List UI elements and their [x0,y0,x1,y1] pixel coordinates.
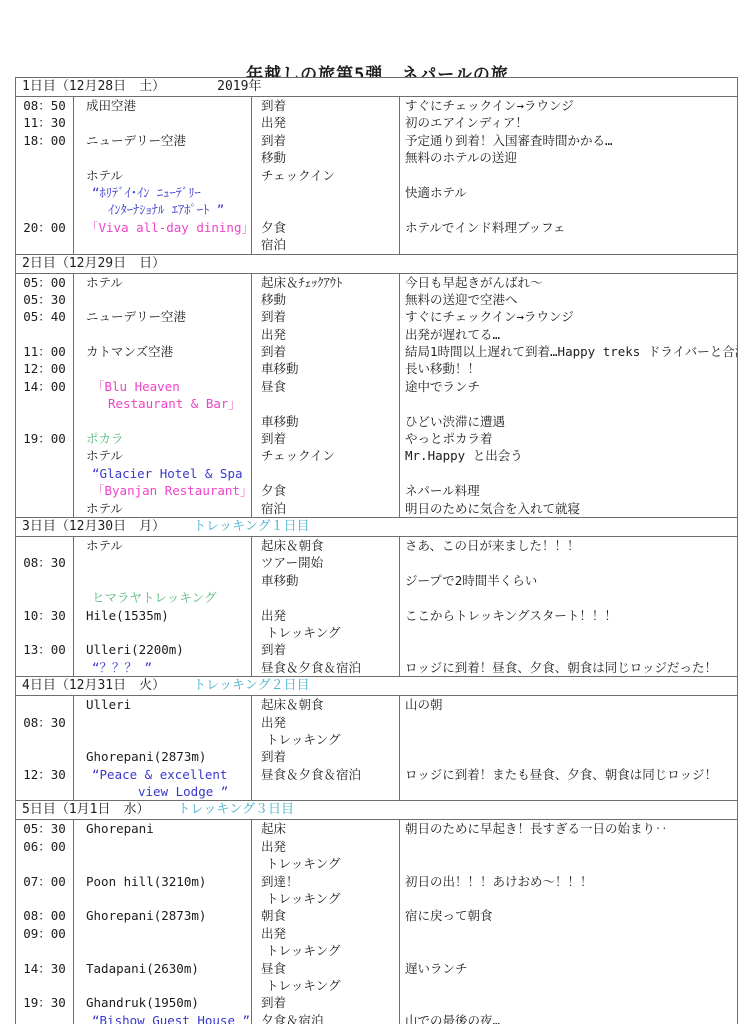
location-text: 「Viva all-day dining」 [86,220,252,235]
action-cell: 朝食 [252,907,400,924]
location-cell [74,942,252,959]
location-text: Ghorepani(2873m) [86,749,206,764]
day-4-body: Ulleri起床＆朝食山の朝08：30出発トレッキングGhorepani(287… [15,695,738,801]
action-cell: 到着 [252,641,400,658]
table-row: “Bishow Guest House ”夕食＆宿泊山での最後の夜… [16,1012,737,1024]
action-text: 起床＆ﾁｪｯｸｱｳﾄ [261,275,342,290]
action-text: 出発 [261,926,286,941]
action-cell: トレッキング [252,855,400,872]
time-cell [16,977,74,994]
time-cell: 12：30 [16,766,74,783]
table-row: 13：00Ulleri(2200m)到着 [16,641,737,658]
location-cell: Ghorepani(2873m) [74,907,252,924]
time-cell [16,236,74,253]
action-cell: 到着 [252,994,400,1011]
action-text: トレッキング [266,943,341,958]
location-cell: Ghandruk(1950m) [74,994,252,1011]
day-3-header: 3日目（12月30日 月）トレッキング１日目 [15,517,738,537]
table-row: “Glacier Hotel & Spa ” [16,465,737,482]
table-row: 11：00カトマンズ空港到着結局1時間以上遅れて到着…Happy treks ド… [16,343,737,360]
time-cell: 08：50 [16,97,74,114]
day-header-label: 4日目（12月31日 火） [22,678,165,693]
action-text: 夕食 [261,220,286,235]
table-row: ホテルチェックインMr.Happy と出会う [16,447,737,464]
action-cell [252,589,400,606]
location-cell: ポカラ [74,430,252,447]
location-text: “ﾎﾘﾃﾞｲ･ｲﾝ ﾆｭｰﾃﾞﾘｰ [92,185,201,200]
note-cell: 途中でランチ [400,378,737,395]
table-row: “ﾎﾘﾃﾞｲ･ｲﾝ ﾆｭｰﾃﾞﾘｰ快適ホテル [16,184,737,201]
location-cell: Restaurant & Bar」 [74,395,252,412]
action-cell: 到達！ [252,873,400,890]
location-cell: ｲﾝﾀｰﾅｼｮﾅﾙ ｴｱﾎﾟｰﾄ ” [74,201,252,218]
note-cell: 無料の送迎で空港へ [400,291,737,308]
itinerary-table: 1日目（12月28日 土）2019年08：50成田空港到着すぐにチェックイン→ラ… [15,78,738,1024]
note-cell: 予定通り到着！入国審査時間かかる… [400,132,737,149]
table-row: トレッキング [16,624,737,641]
action-text: チェックイン [261,168,335,183]
time-cell: 07：00 [16,873,74,890]
location-cell: ニューデリー空港 [74,132,252,149]
time-cell [16,537,74,554]
note-cell [400,855,737,872]
action-cell: 出発 [252,838,400,855]
table-row: 05：40ニューデリー空港到着すぐにチェックイン→ラウンジ [16,308,737,325]
time-cell [16,572,74,589]
action-cell [252,201,400,218]
location-cell [74,977,252,994]
location-cell: Ulleri(2200m) [74,641,252,658]
location-cell: “Glacier Hotel & Spa ” [74,465,252,482]
action-text: 車移動 [261,414,299,429]
action-cell: 昼食＆夕食＆宿泊 [252,766,400,783]
time-cell [16,326,74,343]
action-cell: 出発 [252,114,400,131]
action-cell: トレッキング [252,977,400,994]
action-cell: 昼食 [252,960,400,977]
itinerary-page: 年越しの旅第5弾 ネパールの旅 ～未知の世界ヒマラヤへ踏み込め～ 1日目（12月… [0,0,755,1024]
action-text: 昼食 [261,961,286,976]
location-cell [74,572,252,589]
time-cell: 08：30 [16,714,74,731]
table-row: 18：00ニューデリー空港到着予定通り到着！入国審査時間かかる… [16,132,737,149]
time-cell: 14：30 [16,960,74,977]
table-row: view Lodge ” [16,783,737,800]
time-cell: 13：00 [16,641,74,658]
note-cell [400,201,737,218]
action-cell: 到着 [252,97,400,114]
note-cell: ひどい渋滞に遭遇 [400,413,737,430]
day-3-body: ホテル起床＆朝食さあ、この日が来ました！！！08：30ツアー開始車移動ジープで2… [15,536,738,677]
location-cell: Ghorepani [74,820,252,837]
location-cell: 「Byanjan Restaurant」 [74,482,252,499]
day-header-label: 3日目（12月30日 月） [22,519,165,534]
action-cell: 昼食 [252,378,400,395]
note-cell [400,994,737,1011]
note-cell: 長い移動！！ [400,360,737,377]
day-1-body: 08：50成田空港到着すぐにチェックイン→ラウンジ11：30出発初のエアインディ… [15,96,738,255]
time-cell: 19：00 [16,430,74,447]
day-header-subtitle: トレッキング１日目 [193,518,309,536]
location-cell: “ﾎﾘﾃﾞｲ･ｲﾝ ﾆｭｰﾃﾞﾘｰ [74,184,252,201]
location-text: Poon hill(3210m) [86,874,206,889]
location-text: Ulleri(2200m) [86,642,184,657]
location-cell: “？？？ ” [74,659,252,676]
location-cell [74,413,252,430]
action-cell: 起床＆ﾁｪｯｸｱｳﾄ [252,274,400,291]
table-row: 05：00ホテル起床＆ﾁｪｯｸｱｳﾄ今日も早起きがんばれ～ [16,274,737,291]
table-row: 08：00Ghorepani(2873m)朝食宿に戻って朝食 [16,907,737,924]
action-cell: トレッキング [252,731,400,748]
note-cell: すぐにチェックイン→ラウンジ [400,97,737,114]
table-row: 「Byanjan Restaurant」夕食ネパール料理 [16,482,737,499]
table-row: 車移動ひどい渋滞に遭遇 [16,413,737,430]
table-row: Ulleri起床＆朝食山の朝 [16,696,737,713]
note-cell: 山での最後の夜… [400,1012,737,1024]
location-cell: ニューデリー空港 [74,308,252,325]
location-cell: Hile(1535m) [74,607,252,624]
action-cell: 夕食＆宿泊 [252,1012,400,1024]
time-cell: 20：00 [16,219,74,236]
note-cell: 明日のために気合を入れて就寝 [400,500,737,517]
note-cell: ホテルでインド料理ブッフェ [400,219,737,236]
action-cell [252,395,400,412]
table-row: 出発出発が遅れてる… [16,326,737,343]
table-row: 14：30Tadapani(2630m)昼食遅いランチ [16,960,737,977]
table-row: ｲﾝﾀｰﾅｼｮﾅﾙ ｴｱﾎﾟｰﾄ ” [16,201,737,218]
action-text: 宿泊 [261,501,286,516]
time-cell [16,731,74,748]
location-text: “Bishow Guest House ” [92,1013,250,1024]
action-text: 到着 [261,642,286,657]
time-cell: 12：00 [16,360,74,377]
location-text: ホテル [86,538,123,553]
location-text: view Lodge ” [138,784,228,799]
time-cell [16,184,74,201]
day-5-header: 5日目（1月1日 水）トレッキング３日目 [15,800,738,820]
location-text: Tadapani(2630m) [86,961,199,976]
action-cell: 出発 [252,925,400,942]
location-text: ホテル [86,168,123,183]
time-cell: 08：00 [16,907,74,924]
note-cell: ジープで2時間半くらい [400,572,737,589]
action-cell [252,783,400,800]
location-cell [74,236,252,253]
table-row: ホテルチェックイン [16,167,737,184]
note-cell [400,589,737,606]
note-cell: ロッジに到着！昼食、夕食、朝食は同じロッジだった！ [400,659,737,676]
location-cell: ヒマラヤトレッキング [74,589,252,606]
time-cell: 11：00 [16,343,74,360]
note-cell [400,731,737,748]
time-cell [16,149,74,166]
location-text: ポカラ [86,431,124,446]
note-cell: 結局1時間以上遅れて到着…Happy treks ドライバーと合流 [400,343,737,360]
time-cell [16,500,74,517]
note-cell [400,624,737,641]
location-text: Restaurant & Bar」 [108,396,241,411]
location-text: ｲﾝﾀｰﾅｼｮﾅﾙ ｴｱﾎﾟｰﾄ ” [108,202,224,217]
action-cell: 移動 [252,149,400,166]
action-text: チェックイン [261,448,335,463]
action-text: 起床＆朝食 [261,538,324,553]
time-cell [16,395,74,412]
note-cell [400,748,737,765]
location-cell: ホテル [74,447,252,464]
location-cell: “Peace & excellent [74,766,252,783]
note-cell: 初日の出！！！あけおめ～！！！ [400,873,737,890]
day-2-header: 2日目（12月29日 日） [15,254,738,274]
location-cell: ホテル [74,274,252,291]
time-cell: 18：00 [16,132,74,149]
location-cell [74,326,252,343]
note-cell: Mr.Happy と出会う [400,447,737,464]
table-row: Restaurant & Bar」 [16,395,737,412]
table-row: “？？？ ”昼食＆夕食＆宿泊ロッジに到着！昼食、夕食、朝食は同じロッジだった！ [16,659,737,676]
table-row: ホテル宿泊明日のために気合を入れて就寝 [16,500,737,517]
action-text: 到着 [261,309,286,324]
action-text: トレッキング [266,856,341,871]
action-cell: 到着 [252,343,400,360]
action-text: 宿泊 [261,237,286,252]
table-row: 06：00出発 [16,838,737,855]
action-text: 夕食＆宿泊 [261,1013,324,1024]
action-text: 出発 [261,115,286,130]
action-cell: 宿泊 [252,500,400,517]
location-cell [74,925,252,942]
action-text: 昼食 [261,379,286,394]
location-cell [74,149,252,166]
time-cell: 06：00 [16,838,74,855]
location-cell [74,890,252,907]
action-cell: 起床 [252,820,400,837]
time-cell [16,167,74,184]
action-text: トレッキング [266,732,341,747]
time-cell [16,482,74,499]
location-text: Ghorepani(2873m) [86,908,206,923]
note-cell: ネパール料理 [400,482,737,499]
table-row: 19：00ポカラ到着やっとポカラ着 [16,430,737,447]
note-cell [400,977,737,994]
location-cell: ホテル [74,167,252,184]
note-cell: さあ、この日が来ました！！！ [400,537,737,554]
action-text: 移動 [261,150,286,165]
table-row: 05：30移動無料の送迎で空港へ [16,291,737,308]
action-text: トレッキング [266,625,341,640]
note-cell [400,236,737,253]
note-cell: 今日も早起きがんばれ～ [400,274,737,291]
action-cell: 出発 [252,607,400,624]
action-text: トレッキング [266,891,341,906]
location-cell [74,624,252,641]
time-cell: 09：00 [16,925,74,942]
time-cell [16,748,74,765]
action-cell: 出発 [252,326,400,343]
table-row: 12：30“Peace & excellent昼食＆夕食＆宿泊ロッジに到着！また… [16,766,737,783]
day-4-header: 4日目（12月31日 火）トレッキング２日目 [15,676,738,696]
action-cell: 移動 [252,291,400,308]
action-cell [252,184,400,201]
table-row: ヒマラヤトレッキング [16,589,737,606]
table-row: 20：00「Viva all-day dining」夕食ホテルでインド料理ブッフ… [16,219,737,236]
time-cell [16,890,74,907]
location-cell: Tadapani(2630m) [74,960,252,977]
action-cell: トレッキング [252,624,400,641]
note-cell: 初のエアインディア！ [400,114,737,131]
table-row: 10：30Hile(1535m)出発ここからトレッキングスタート！！！ [16,607,737,624]
note-cell: 遅いランチ [400,960,737,977]
note-cell [400,838,737,855]
day-header-label: 2日目（12月29日 日） [22,256,165,271]
action-text: 到着 [261,344,286,359]
location-cell [74,360,252,377]
location-cell [74,855,252,872]
table-row: 14：00「Blu Heaven昼食途中でランチ [16,378,737,395]
action-text: 到着 [261,133,286,148]
note-cell [400,167,737,184]
time-cell: 05：00 [16,274,74,291]
time-cell: 05：30 [16,820,74,837]
table-row: 移動無料のホテルの送迎 [16,149,737,166]
action-cell: トレッキング [252,890,400,907]
time-cell: 14：00 [16,378,74,395]
location-text: Ghorepani [86,821,154,836]
action-text: 到着 [261,431,286,446]
location-text: ニューデリー空港 [86,133,186,148]
time-cell [16,659,74,676]
note-cell: 宿に戻って朝食 [400,907,737,924]
location-cell [74,731,252,748]
table-row: 車移動ジープで2時間半くらい [16,572,737,589]
action-text: 出発 [261,608,286,623]
note-cell [400,554,737,571]
note-cell: 無料のホテルの送迎 [400,149,737,166]
action-cell: 車移動 [252,572,400,589]
action-cell: 到着 [252,132,400,149]
action-cell: チェックイン [252,447,400,464]
location-cell: “Bishow Guest House ” [74,1012,252,1024]
action-text: 到着 [261,995,286,1010]
location-cell: 成田空港 [74,97,252,114]
location-text: ホテル [86,448,123,463]
location-text: ホテル [86,501,123,516]
table-row: 07：00Poon hill(3210m)到達！初日の出！！！あけおめ～！！！ [16,873,737,890]
action-text: 昼食＆夕食＆宿泊 [261,660,361,675]
note-cell: 出発が遅れてる… [400,326,737,343]
location-cell: ホテル [74,537,252,554]
action-text: 出発 [261,839,286,854]
location-cell [74,291,252,308]
note-cell [400,465,737,482]
time-cell: 08：30 [16,554,74,571]
time-cell [16,201,74,218]
table-row: 08：30出発 [16,714,737,731]
action-text: 車移動 [261,573,299,588]
action-cell: 車移動 [252,360,400,377]
action-text: 起床 [261,821,286,836]
location-text: Ulleri [86,697,131,712]
action-text: 移動 [261,292,286,307]
day-header-subtitle: トレッキング２日目 [193,677,309,695]
table-row: トレッキング [16,890,737,907]
location-text: “Glacier Hotel & Spa ” [92,466,252,481]
action-cell: チェックイン [252,167,400,184]
note-cell: やっとポカラ着 [400,430,737,447]
time-cell [16,589,74,606]
time-cell [16,465,74,482]
action-text: 出発 [261,327,286,342]
location-text: Hile(1535m) [86,608,169,623]
note-cell: ロッジに到着！またも昼食、夕食、朝食は同じロッジ！ [400,766,737,783]
location-text: “Peace & excellent [92,767,227,782]
note-cell [400,783,737,800]
day-1-header: 1日目（12月28日 土）2019年 [15,77,738,97]
action-text: 起床＆朝食 [261,697,324,712]
location-text: 「Byanjan Restaurant」 [92,483,252,498]
note-cell: すぐにチェックイン→ラウンジ [400,308,737,325]
location-text: “？？？ ” [92,660,152,675]
action-cell: 宿泊 [252,236,400,253]
table-row: 08：50成田空港到着すぐにチェックイン→ラウンジ [16,97,737,114]
location-cell [74,838,252,855]
action-text: 夕食 [261,483,286,498]
action-cell: 起床＆朝食 [252,537,400,554]
table-row: トレッキング [16,977,737,994]
time-cell [16,942,74,959]
action-text: トレッキング [266,978,341,993]
action-cell: 夕食 [252,219,400,236]
note-cell [400,641,737,658]
table-row: 12：00車移動長い移動！！ [16,360,737,377]
time-cell: 11：30 [16,114,74,131]
action-cell: 昼食＆夕食＆宿泊 [252,659,400,676]
table-row: 19：30Ghandruk(1950m)到着 [16,994,737,1011]
action-text: 朝食 [261,908,286,923]
note-cell [400,925,737,942]
time-cell [16,624,74,641]
action-cell: 到着 [252,430,400,447]
action-cell [252,465,400,482]
note-cell [400,890,737,907]
location-cell: view Lodge ” [74,783,252,800]
location-text: ニューデリー空港 [86,309,186,324]
day-header-label: 5日目（1月1日 水） [22,802,149,817]
action-text: 出発 [261,715,286,730]
day-header-subtitle: トレッキング３日目 [177,801,293,819]
location-text: 「Blu Heaven [92,379,180,394]
action-text: 車移動 [261,361,299,376]
action-cell: 出発 [252,714,400,731]
table-row: ホテル起床＆朝食さあ、この日が来ました！！！ [16,537,737,554]
location-cell: 「Blu Heaven [74,378,252,395]
day-2-body: 05：00ホテル起床＆ﾁｪｯｸｱｳﾄ今日も早起きがんばれ～05：30移動無料の送… [15,273,738,518]
location-cell: 「Viva all-day dining」 [74,219,252,236]
time-cell [16,855,74,872]
time-cell: 19：30 [16,994,74,1011]
day-header-label: 1日目（12月28日 土） [22,79,165,94]
table-row: 08：30ツアー開始 [16,554,737,571]
action-cell: 到着 [252,748,400,765]
action-text: 到達！ [261,874,299,889]
location-text: Ghandruk(1950m) [86,995,199,1010]
table-row: トレッキング [16,942,737,959]
action-text: ツアー開始 [261,555,323,570]
location-cell [74,714,252,731]
table-row: 宿泊 [16,236,737,253]
table-row: 09：00出発 [16,925,737,942]
table-row: 05：30Ghorepani起床朝日のために早起き！長すぎる一日の始まり‥ [16,820,737,837]
time-cell [16,413,74,430]
